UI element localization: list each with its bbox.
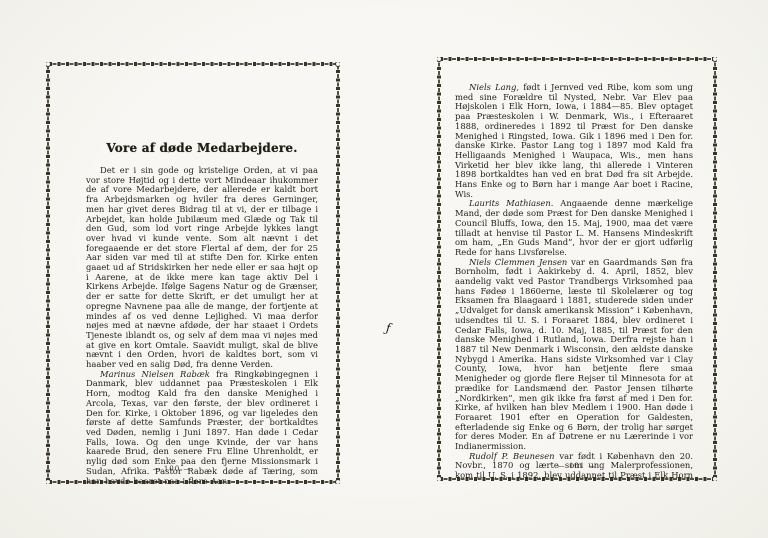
right-page: Niels Lang, født i Jernved ved Ribe, kom… <box>437 57 717 481</box>
paragraph: Niels Lang, født i Jernved ved Ribe, kom… <box>455 83 693 199</box>
person-name: Laurits Mathiasen. <box>469 198 553 208</box>
person-name: Niels Lang, <box>469 82 519 92</box>
ink-mark: ƒ <box>385 322 391 334</box>
person-name: Marinus Nielsen Rabæk <box>100 369 210 379</box>
left-page-text: Det er i sin gode og kristelige Orden, a… <box>86 166 318 484</box>
person-name: Rudolf P. Beunesen <box>469 451 555 461</box>
right-page-number: — 101 — <box>437 462 717 470</box>
left-page-number: — 100 — <box>64 465 280 473</box>
paragraph: Laurits Mathiasen. Angaaende denne mærke… <box>455 199 693 257</box>
right-page-content: Niels Lang, født i Jernved ved Ribe, kom… <box>437 57 717 481</box>
left-page-content: Vore af døde Medarbejdere. Det er i sin … <box>46 62 340 484</box>
person-name: Niels Clemmen Jensen <box>469 257 567 267</box>
left-page: Vore af døde Medarbejdere. Det er i sin … <box>46 62 340 484</box>
paragraph: Det er i sin gode og kristelige Orden, a… <box>86 166 318 370</box>
right-page-text: Niels Lang, født i Jernved ved Ribe, kom… <box>455 83 693 481</box>
book-scan: Vore af døde Medarbejdere. Det er i sin … <box>0 0 768 538</box>
section-heading: Vore af døde Medarbejdere. <box>86 142 318 155</box>
paragraph: Niels Clemmen Jensen var en Gaardmands S… <box>455 258 693 452</box>
